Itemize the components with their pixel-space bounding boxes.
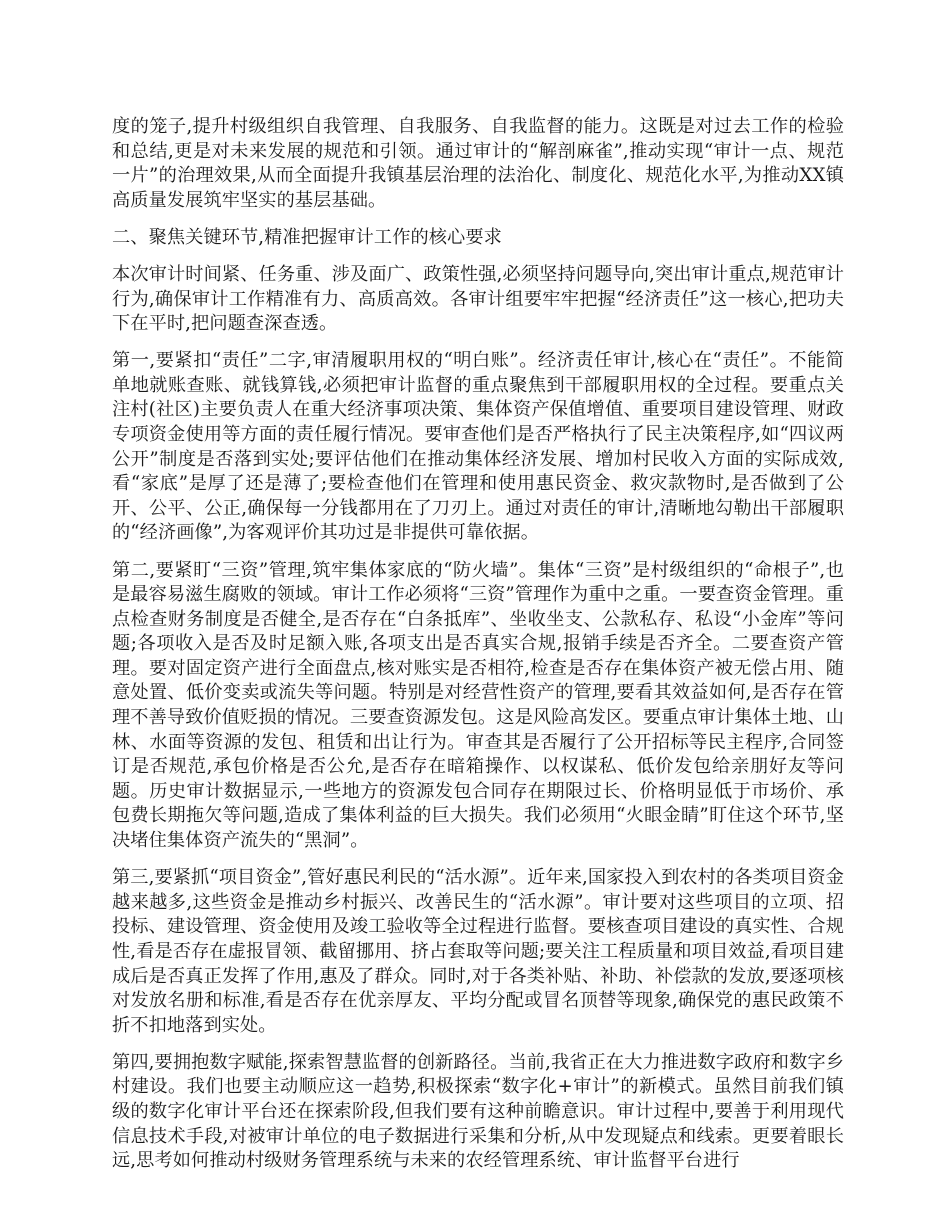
paragraph-intro-continuation: 度的笼子,提升村级组织自我管理、自我服务、自我监督的能力。这既是对过去工作的检验… <box>112 115 844 213</box>
paragraph-third-point: 第三,要紧抓“项目资金”,管好惠民利民的“活水源”。近年来,国家投入到农村的各类… <box>112 866 844 1038</box>
paragraph-section-2-intro: 本次审计时间紧、任务重、涉及面广、政策性强,必须坚持问题导向,突出审计重点,规范… <box>112 263 844 337</box>
paragraph-fourth-point: 第四,要拥抱数字赋能,探索智慧监督的创新路径。当前,我省正在大力推进数字政府和数… <box>112 1051 844 1174</box>
paragraph-first-point: 第一,要紧扣“责任”二字,审清履职用权的“明白账”。经济责任审计,核心在“责任”… <box>112 349 844 546</box>
section-heading-2: 二、聚焦关键环节,精准把握审计工作的核心要求 <box>112 226 844 251</box>
document-page: 度的笼子,提升村级组织自我管理、自我服务、自我监督的能力。这既是对过去工作的检验… <box>112 115 844 1186</box>
paragraph-second-point: 第二,要紧盯“三资”管理,筑牢集体家底的“防火墙”。集体“三资”是村级组织的“命… <box>112 559 844 854</box>
